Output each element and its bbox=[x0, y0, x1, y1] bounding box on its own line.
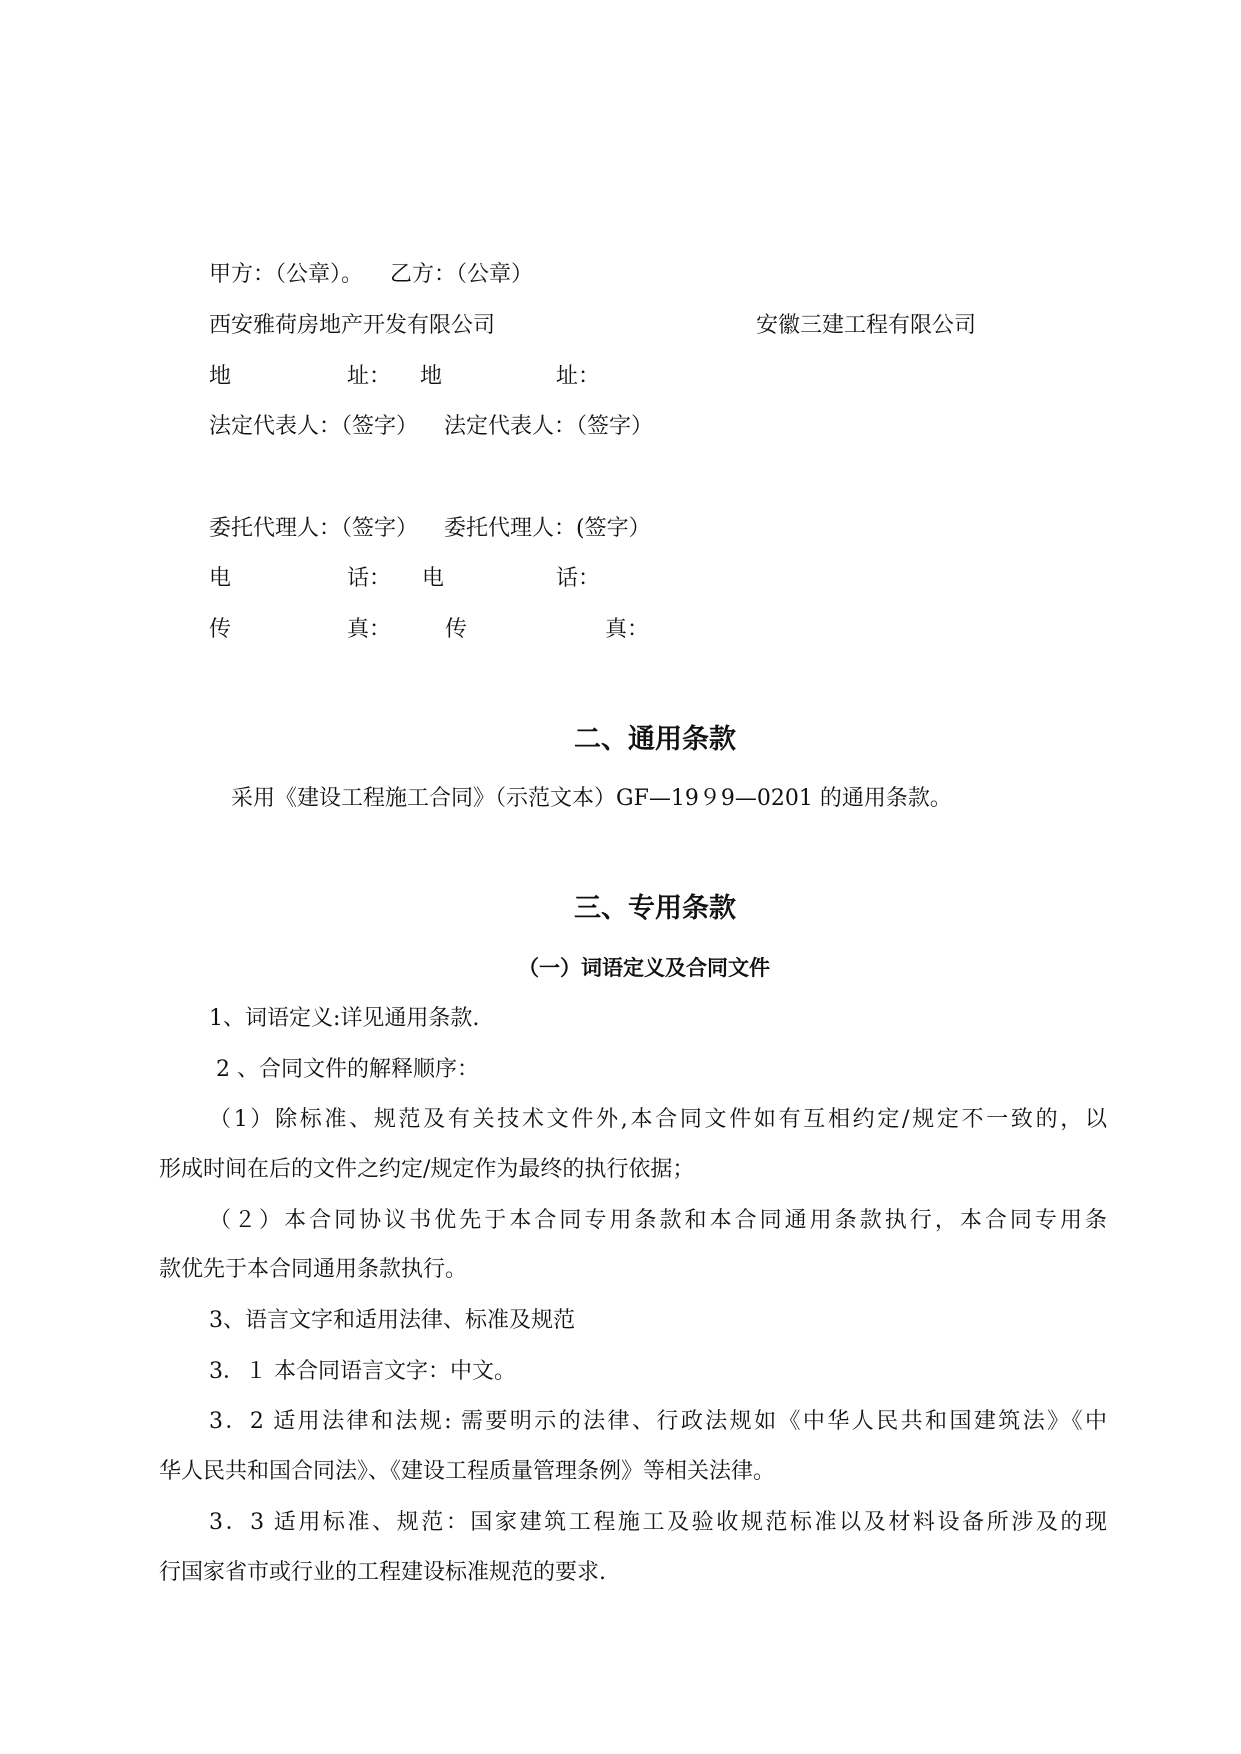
party-a-fax-label-end: 真： bbox=[347, 617, 391, 643]
clause-3-1: 3．１ 本合同语言文字：中文。 bbox=[209, 1359, 516, 1385]
party-a-phone-label: 电 bbox=[209, 566, 231, 592]
clause-2-1-line-1: （1）除标准、规范及有关技术文件外,本合同文件如有互相约定/规定不一致的，以 bbox=[159, 1107, 1107, 1133]
party-a-address-label: 地 bbox=[209, 364, 231, 390]
subsection-title: （一）词语定义及合同文件 bbox=[518, 955, 770, 981]
party-b-company-name: 安徽三建工程有限公司 bbox=[756, 313, 976, 339]
clause-1: 1、词语定义:详见通用条款. bbox=[209, 1006, 479, 1032]
clause-3-3-line-2: 行国家省市或行业的工程建设标准规范的要求. bbox=[159, 1560, 606, 1586]
section-body: 采用《建设工程施工合同》（示范文本）GF—19９9—0201 的通用条款。 bbox=[231, 786, 952, 812]
clause-2: 2 、合同文件的解释顺序： bbox=[209, 1057, 479, 1083]
clause-2-2-line-1: （２）本合同协议书优先于本合同专用条款和本合同通用条款执行，本合同专用条 bbox=[159, 1208, 1107, 1234]
clause-3-2-line-2: 华人民共和国合同法》、《建设工程质量管理条例》等相关法律。 bbox=[159, 1459, 775, 1485]
party-b-fax-label-end: 真： bbox=[605, 617, 649, 643]
clause-3-3-line-1: 3．3 适用标准、规范：国家建筑工程施工及验收规范标准以及材料设备所涉及的现 bbox=[159, 1510, 1107, 1536]
section-title: 二、通用条款 bbox=[574, 724, 736, 756]
party-b-phone-label-end: 话： bbox=[556, 566, 600, 592]
clause-2-2-line-2: 款优先于本合同通用条款执行。 bbox=[159, 1257, 467, 1283]
party-b-legal-rep-label: 法定代表人：（签字） bbox=[444, 414, 653, 440]
party-a-legal-rep-label: 法定代表人：（签字） bbox=[209, 414, 418, 440]
party-b-address-label-end: 址： bbox=[556, 364, 600, 390]
party-b-address-label: 地 bbox=[420, 364, 442, 390]
party-b-fax-label: 传 bbox=[445, 617, 467, 643]
party-a-address-label-end: 址： bbox=[347, 364, 391, 390]
party-a-fax-label: 传 bbox=[209, 617, 231, 643]
party-a-agent-label: 委托代理人：（签字） bbox=[209, 516, 418, 542]
clause-3: 3、语言文字和适用法律、标准及规范 bbox=[209, 1308, 575, 1334]
section-title: 三、专用条款 bbox=[574, 893, 736, 925]
party-a-phone-label-end: 话： bbox=[347, 566, 391, 592]
party-a-company-name: 西安雅荷房地产开发有限公司 bbox=[209, 313, 495, 339]
party-b-agent-label: 委托代理人：(签字） bbox=[444, 516, 651, 542]
party-b-phone-label: 电 bbox=[422, 566, 444, 592]
clause-2-1-line-2: 形成时间在后的文件之约定/规定作为最终的执行依据； bbox=[159, 1157, 694, 1183]
party-a-seal-label: 甲方：（公章）。 bbox=[209, 262, 363, 288]
party-b-seal-label: 乙方：（公章） bbox=[390, 262, 533, 288]
clause-3-2-line-1: 3．2 适用法律和法规: 需要明示的法律、行政法规如《中华人民共和国建筑法》《中 bbox=[159, 1409, 1107, 1435]
